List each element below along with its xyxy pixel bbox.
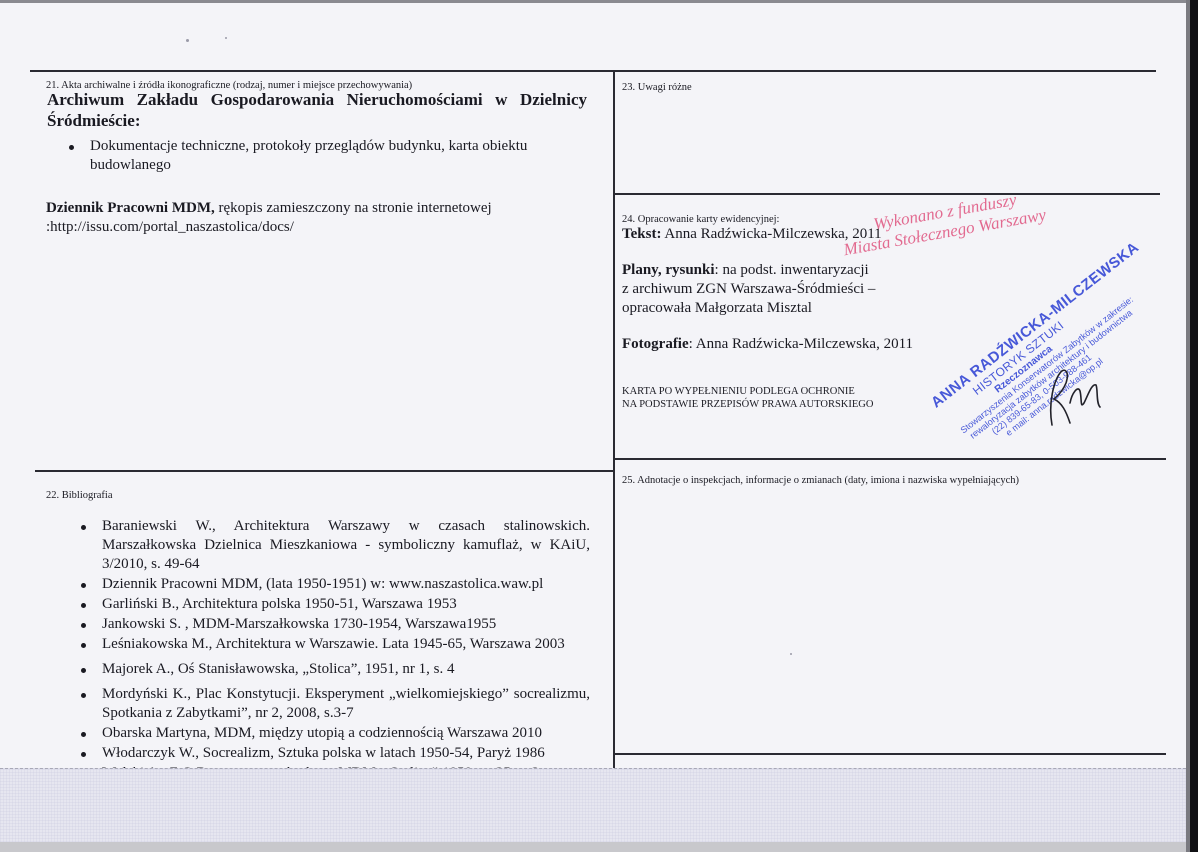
bibliography-item: Dziennik Pracowni MDM, (lata 1950-1951) … — [70, 575, 590, 594]
archive-title-line-1: Archiwum Zakładu Gospodarowania Nierucho… — [47, 89, 587, 110]
photos-line: Fotografie: Anna Radźwicka-Milczewska, 2… — [622, 335, 913, 354]
bibliography-item: Mordyński K., Plac Konstytucji. Eksperym… — [70, 685, 590, 723]
section-21-archive-title: Archiwum Zakładu Gospodarowania Nierucho… — [47, 89, 587, 131]
rule-23-24 — [614, 193, 1160, 195]
plans-line-3: opracowała Małgorzata Misztal — [622, 299, 812, 318]
source-title: Dziennik Pracowni MDM, — [46, 200, 215, 216]
title-word: Nieruchomościami — [347, 89, 483, 110]
plans-line-1: Plany, rysunki: na podst. inwentaryzacji — [622, 261, 869, 280]
section-22-label: 22. Bibliografia — [46, 489, 113, 502]
scanner-border — [1190, 0, 1198, 852]
sleeve-bottom-edge — [0, 842, 1186, 852]
section-25-label: 25. Adnotacje o inspekcjach, informacje … — [622, 474, 1019, 487]
rule-21-22 — [35, 470, 614, 472]
center-divider — [613, 70, 615, 833]
plans-label: Plany, rysunki — [622, 262, 715, 278]
document-page: 21. Akta archiwalne i źródła ikonografic… — [0, 0, 1186, 852]
section-21-bullets: Dokumentacje techniczne, protokoły przeg… — [58, 137, 598, 175]
bibliography-item: Majorek A., Oś Stanisławowska, „Stolica”… — [70, 660, 590, 679]
archive-title-line-2: Śródmieście: — [47, 110, 587, 131]
section-23-label: 23. Uwagi różne — [622, 81, 692, 94]
bibliography-item: Włodarczyk W., Socrealizm, Sztuka polska… — [70, 744, 590, 763]
bibliography-item: Obarska Martyna, MDM, między utopią a co… — [70, 724, 590, 743]
copyright-notice-line-1: KARTA PO WYPEŁNIENIU PODLEGA OCHRONIE — [622, 385, 855, 398]
plans-line-2: z archiwum ZGN Warszawa-Śródmieści – — [622, 280, 875, 299]
bibliography-list: Baraniewski W., Architektura Warszawy w … — [70, 517, 590, 804]
title-word: Gospodarowania — [211, 89, 334, 110]
source-description: rękopis zamieszczony na stronie internet… — [215, 200, 492, 216]
rule-25-26 — [614, 753, 1166, 755]
bibliography-item: Baraniewski W., Architektura Warszawy w … — [70, 517, 590, 574]
scan-speck — [186, 39, 189, 42]
source-url: :http://issu.com/portal_naszastolica/doc… — [46, 218, 294, 237]
bullet-text-line-1: Dokumentacje techniczne, protokoły przeg… — [90, 138, 527, 154]
title-word: Dzielnicy — [520, 89, 587, 110]
funding-stamp: Wykonano z funduszy Miasta Stołecznego W… — [872, 185, 1048, 254]
photos-value: : Anna Radźwicka-Milczewska, 2011 — [689, 336, 913, 352]
source-line: Dziennik Pracowni MDM, rękopis zamieszcz… — [46, 199, 492, 218]
bibliography-item: Garliński B., Architektura polska 1950-5… — [70, 595, 590, 614]
bibliography-item: Jankowski S. , MDM-Marszałkowska 1730-19… — [70, 615, 590, 634]
text-author-label: Tekst: — [622, 226, 661, 242]
photos-label: Fotografie — [622, 336, 689, 352]
top-rule — [30, 70, 1156, 72]
scan-speck — [790, 653, 792, 655]
rule-24-25 — [614, 458, 1166, 460]
list-item: Dokumentacje techniczne, protokoły przeg… — [58, 137, 598, 175]
signature-icon — [1040, 363, 1110, 433]
title-word: Archiwum — [47, 89, 124, 110]
scan-speck — [225, 37, 227, 39]
plans-value: : na podst. inwentaryzacji — [715, 262, 869, 278]
copyright-notice-line-2: NA PODSTAWIE PRZEPISÓW PRAWA AUTORSKIEGO — [622, 398, 873, 411]
bibliography-item: Leśniakowska M., Architektura w Warszawi… — [70, 635, 590, 654]
plastic-sleeve-overlay — [0, 768, 1186, 842]
bullet-text-line-2: budowlanego — [90, 157, 171, 173]
title-word: Zakładu — [137, 89, 198, 110]
title-word: w — [495, 89, 507, 110]
